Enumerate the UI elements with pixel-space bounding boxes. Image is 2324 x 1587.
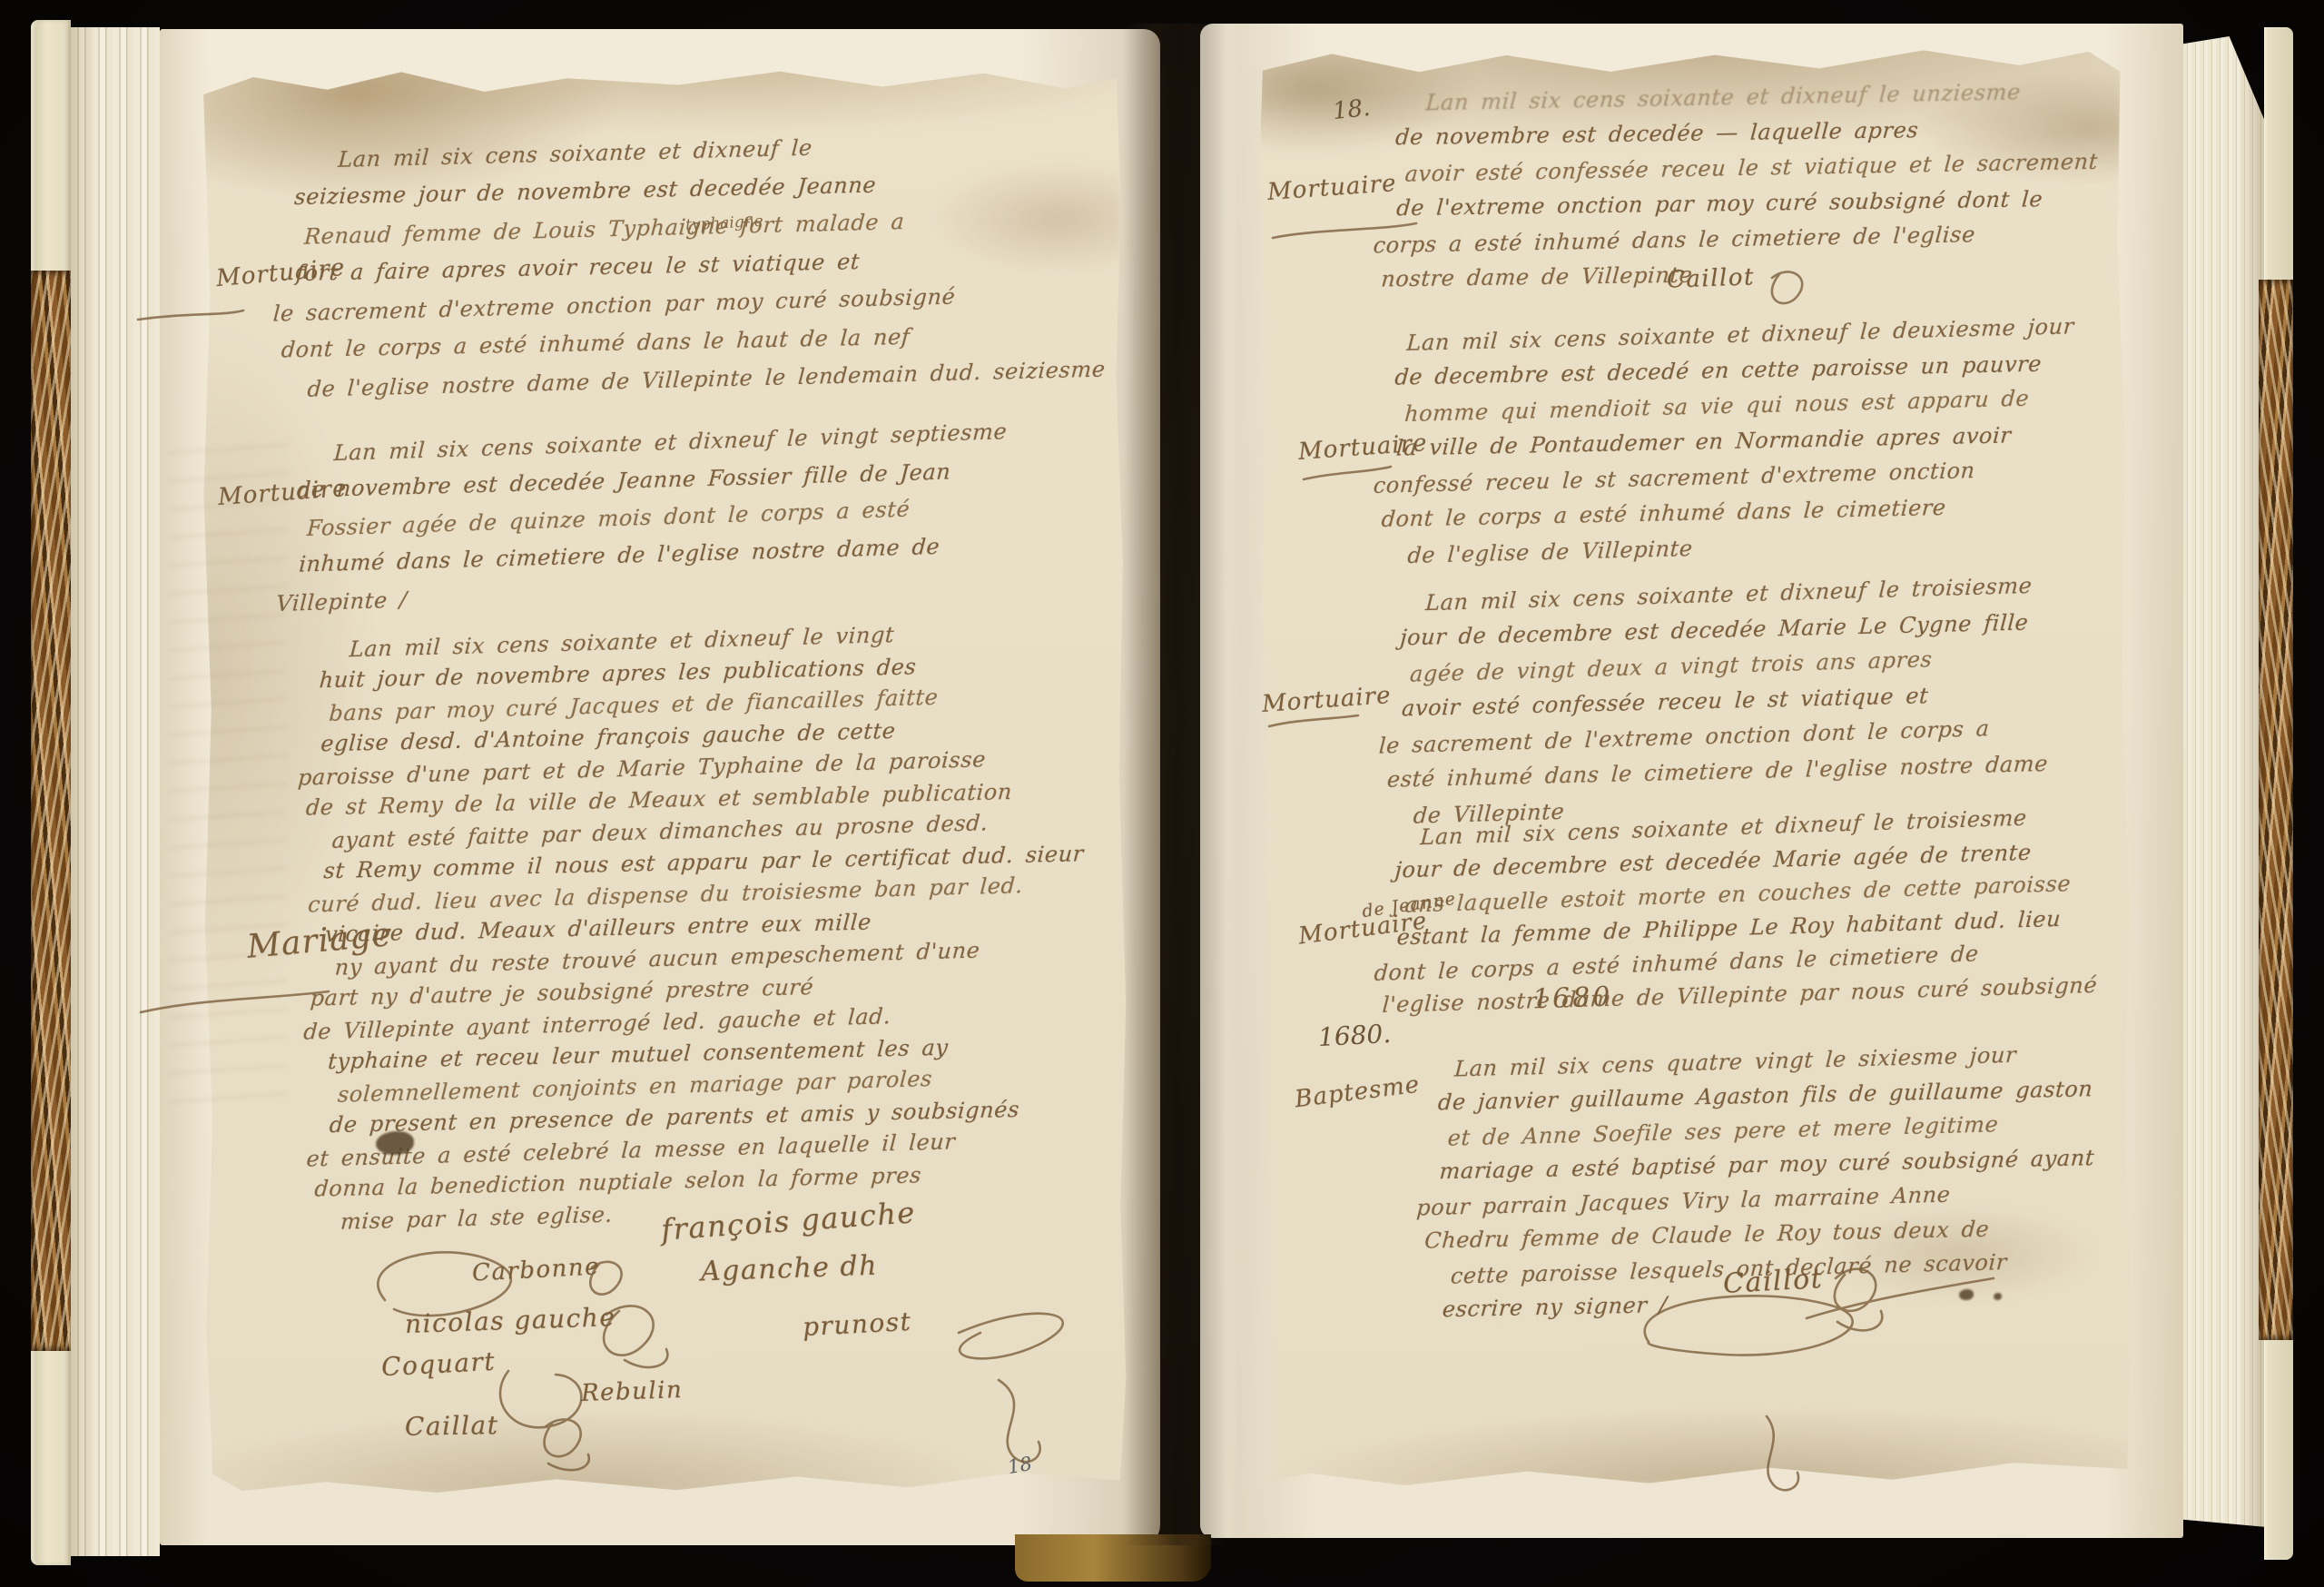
spine-tail-band bbox=[1015, 1534, 1211, 1582]
burial-entry-r2: Lan mil six cens soixante et dixneuf le … bbox=[1370, 310, 2079, 573]
folio-number-ink: 18. bbox=[1332, 94, 1372, 125]
ink-dot-2 bbox=[1994, 1293, 2002, 1300]
ink-bleed-through bbox=[169, 427, 287, 1117]
signature-caillat: Caillat bbox=[405, 1410, 499, 1442]
entry-lines: Lan mil six cens soixante et dixneuf le … bbox=[1370, 310, 2079, 573]
signature-rebulin: Rebulin bbox=[581, 1376, 684, 1407]
entry-lines: Lan mil six cens soixante et dixneuf les… bbox=[270, 123, 1106, 407]
entry-lines: Lan mil six cens soixante et dixneuf le … bbox=[1370, 801, 2098, 1022]
marbled-paper-left bbox=[31, 271, 73, 1351]
burial-entry-r4: Lan mil six cens soixante et dixneuf le … bbox=[1370, 801, 2098, 1022]
signature-caillot-2: Caillot bbox=[1722, 1263, 1824, 1300]
signature-prunost: prunost bbox=[802, 1306, 912, 1342]
burial-entry-1: Lan mil six cens soixante et dixneuf les… bbox=[270, 123, 1106, 407]
page-stack-left-edge bbox=[71, 27, 160, 1556]
burial-entry-2: Lan mil six cens soixante et dixneuf le … bbox=[271, 415, 1011, 622]
signature-coquart: Coquart bbox=[380, 1346, 497, 1383]
ink-dot-1 bbox=[1959, 1289, 1974, 1300]
entry-lines: Lan mil six cens soixante et dixneuf le … bbox=[1375, 569, 2050, 833]
year-heading: 1680 bbox=[1531, 981, 1613, 1015]
marriage-entry: Lan mil six cens soixante et dixneuf le … bbox=[295, 616, 1092, 1237]
marbled-paper-right bbox=[2259, 280, 2293, 1340]
entry-lines: Lan mil six cens soixante et dixneuf le … bbox=[295, 616, 1092, 1237]
pencil-folio-number: 18 bbox=[1006, 1453, 1033, 1478]
burial-entry-r3: Lan mil six cens soixante et dixneuf le … bbox=[1375, 569, 2050, 833]
fore-edge-page-block bbox=[2183, 36, 2267, 1527]
ink-blot bbox=[376, 1131, 414, 1155]
photo-of-open-register: Mortuaire Lan mil six cens soixante et d… bbox=[0, 0, 2324, 1587]
signature-aganche: Aganche dh bbox=[700, 1250, 878, 1288]
margin-year-1680: 1680. bbox=[1317, 1019, 1392, 1052]
entry-lines: Lan mil six cens soixante et dixneuf le … bbox=[271, 415, 1011, 622]
signature-caillot-1: Caillot bbox=[1667, 263, 1756, 293]
